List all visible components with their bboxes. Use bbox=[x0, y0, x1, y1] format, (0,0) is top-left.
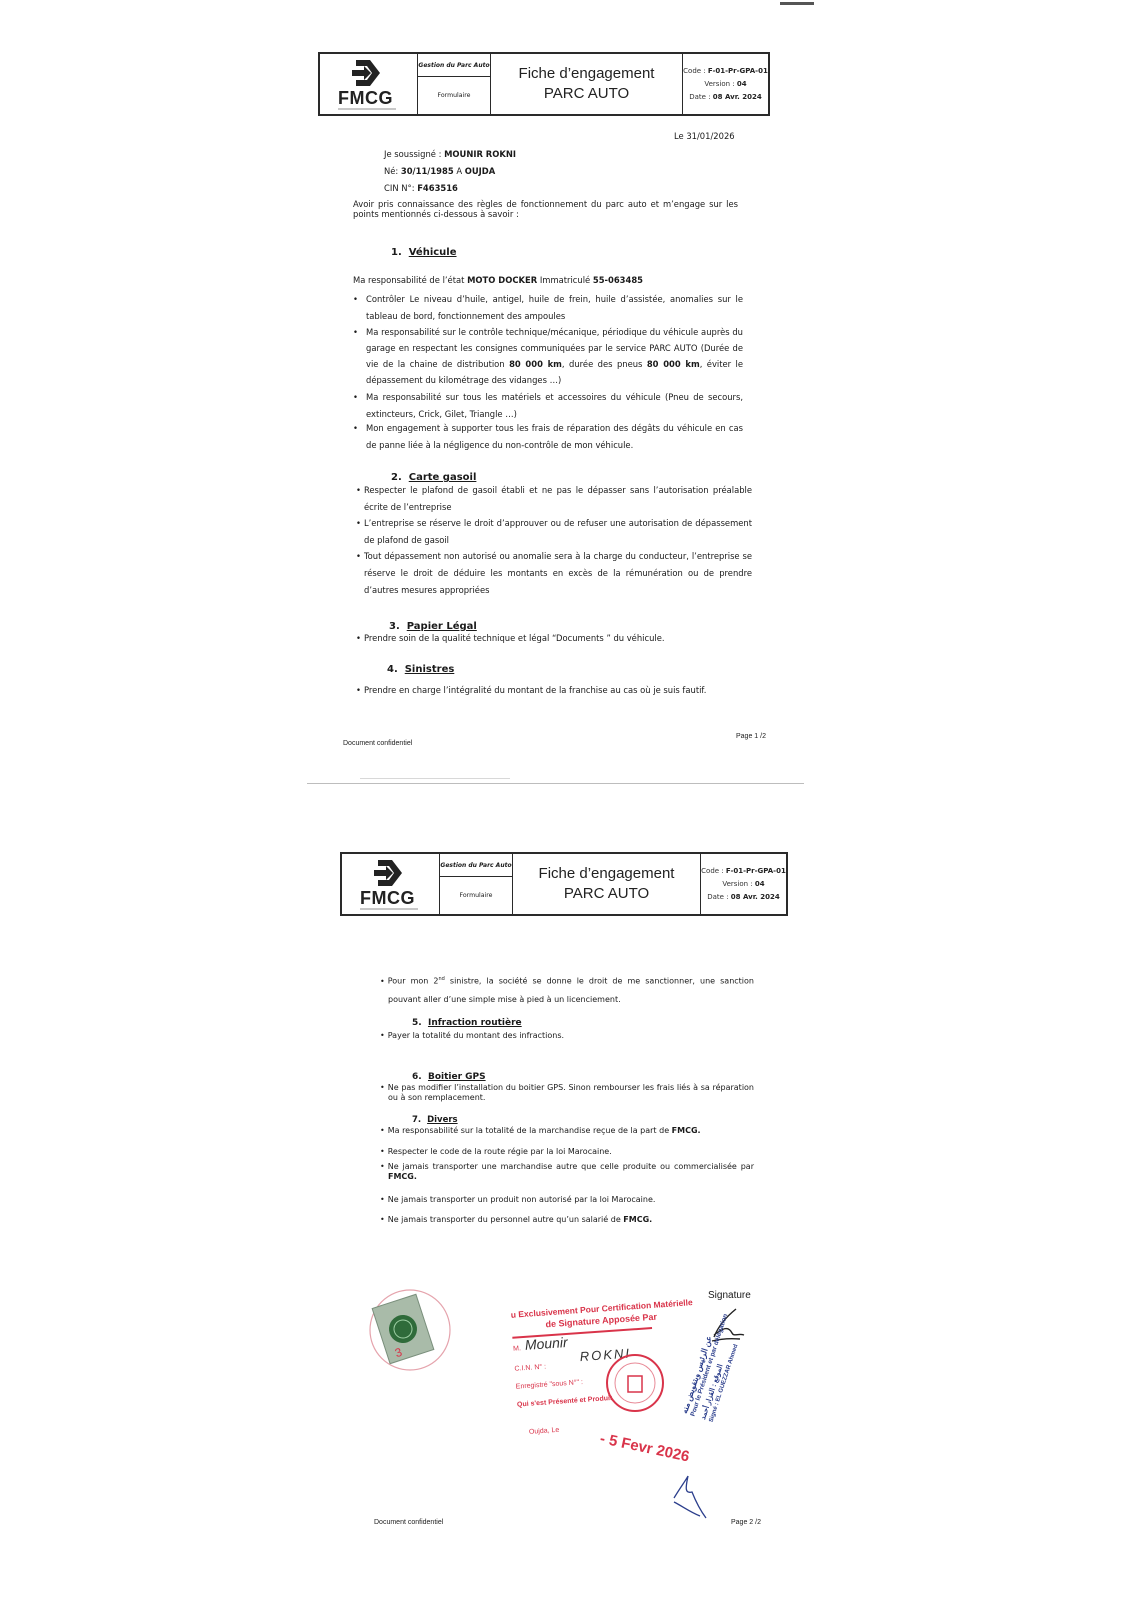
text: Mon engagement à supporter tous les frai… bbox=[366, 423, 743, 450]
text: Prendre soin de la qualité technique et … bbox=[364, 633, 665, 643]
brand-text: FMCG. bbox=[672, 1126, 701, 1135]
stamp-label: C.I.N. N° : bbox=[514, 1364, 546, 1373]
label: Je soussigné : bbox=[384, 149, 444, 159]
page-separator bbox=[307, 783, 804, 784]
version-label: Version : bbox=[704, 80, 737, 88]
bullet bbox=[380, 1215, 388, 1224]
bullet bbox=[356, 633, 364, 643]
department-label: Gestion du Parc Auto bbox=[418, 54, 490, 77]
section-4-heading: 4. Sinistres bbox=[387, 664, 454, 675]
label: A bbox=[454, 166, 465, 176]
scan-edge-top bbox=[780, 2, 814, 5]
section-5-heading: 5. Infraction routière bbox=[412, 1018, 522, 1028]
stamp-label: Enregistré "sous N°" : bbox=[516, 1379, 584, 1391]
fmcg-arrow-logo-icon bbox=[352, 60, 382, 86]
document-page-1: FMCG Gestion du Parc Auto Formulaire Fic… bbox=[318, 52, 774, 752]
birth-line: Né: 30/11/1985 A OUJDA bbox=[384, 165, 495, 177]
cin-number: F463516 bbox=[417, 183, 458, 193]
text: Contrôler Le niveau d’huile, antigel, hu… bbox=[366, 294, 743, 321]
list-item: L’entreprise se réserve le droit d’appro… bbox=[356, 515, 752, 549]
text: Ma responsabilité de l’état bbox=[353, 275, 467, 285]
text: , durée des pneus bbox=[562, 359, 647, 369]
bullet bbox=[380, 977, 388, 986]
bullet bbox=[356, 685, 364, 695]
section-3-heading: 3. Papier Légal bbox=[389, 621, 477, 632]
birth-city: OUJDA bbox=[465, 166, 495, 176]
label: CIN N°: bbox=[384, 183, 417, 193]
section-1-heading: 1. Véhicule bbox=[391, 247, 457, 258]
bullet bbox=[380, 1031, 388, 1040]
cin-line: CIN N°: F463516 bbox=[384, 182, 458, 194]
footer-page-number: Page 2 /2 bbox=[731, 1519, 761, 1526]
footer-page-number: Page 1 /2 bbox=[736, 733, 766, 740]
handwritten-firstname: Mounir bbox=[524, 1334, 568, 1353]
text: Ma responsabilité sur tous les matériels… bbox=[366, 392, 743, 419]
date-value: 08 Avr. 2024 bbox=[731, 893, 780, 901]
date-value: 08 Avr. 2024 bbox=[713, 93, 762, 101]
text: Pour mon 2 bbox=[388, 977, 439, 986]
label: Né: bbox=[384, 166, 401, 176]
stamp-label: Oujda, Le bbox=[529, 1427, 560, 1436]
text: Immatriculé bbox=[537, 275, 593, 285]
vehicle-model: MOTO DOCKER bbox=[467, 275, 537, 285]
section-title: Boitier GPS bbox=[428, 1072, 486, 1082]
section-title: Infraction routière bbox=[428, 1018, 522, 1028]
bullet bbox=[380, 1195, 388, 1204]
footer-confidential: Document confidentiel bbox=[374, 1519, 443, 1526]
version-label: Version : bbox=[722, 880, 755, 888]
list-item: •Ma responsabilité sur tous les matériel… bbox=[353, 389, 743, 423]
brand-name: FMCG bbox=[338, 88, 393, 109]
date-label: Date : bbox=[689, 93, 713, 101]
section-number: 1. bbox=[391, 247, 402, 258]
list-item: Ma responsabilité sur la totalité de la … bbox=[380, 1125, 701, 1137]
bullet bbox=[356, 551, 364, 561]
text: Ne jamais transporter une marchandise au… bbox=[388, 1162, 754, 1171]
brand-tagline bbox=[360, 908, 418, 910]
form-title: Fiche d’engagement PARC AUTO bbox=[491, 54, 683, 114]
list-item: Respecter le plafond de gasoil établi et… bbox=[356, 482, 752, 516]
list-item: Tout dépassement non autorisé ou anomali… bbox=[356, 548, 752, 599]
list-item: Payer la totalité du montant des infract… bbox=[380, 1030, 564, 1042]
form-meta: Code : F-01-Pr-GPA-01 Version : 04 Date … bbox=[701, 854, 786, 914]
employee-name: MOUNIR ROKNI bbox=[444, 149, 516, 159]
list-item: Prendre soin de la qualité technique et … bbox=[356, 632, 665, 644]
section-number: 7. bbox=[412, 1115, 421, 1125]
section-6-heading: 6. Boitier GPS bbox=[412, 1072, 486, 1082]
date-label: Date : bbox=[707, 893, 731, 901]
list-item: Ne jamais transporter une marchandise au… bbox=[380, 1162, 754, 1182]
text: Ne jamais transporter du personnel autre… bbox=[388, 1215, 624, 1224]
list-item: •Ma responsabilité sur le contrôle techn… bbox=[353, 324, 743, 388]
vehicle-plate: 55-063485 bbox=[593, 275, 643, 285]
text: Ne pas modifier l’installation du boitie… bbox=[388, 1083, 754, 1102]
text: Tout dépassement non autorisé ou anomali… bbox=[364, 551, 752, 595]
text: Prendre en charge l’intégralité du monta… bbox=[364, 685, 706, 695]
stamp-label: Qui s'est Présenté et Produit bbox=[517, 1395, 613, 1409]
section-title: Véhicule bbox=[409, 247, 457, 258]
title-line-2: PARC AUTO bbox=[564, 884, 649, 904]
vehicle-responsibility-line: Ma responsabilité de l’état MOTO DOCKER … bbox=[353, 274, 643, 286]
section-7-heading: 7. Divers bbox=[412, 1115, 458, 1125]
intro-paragraph: Avoir pris connaissance des règles de fo… bbox=[353, 199, 738, 219]
section-number: 6. bbox=[412, 1072, 422, 1082]
text: Respecter le plafond de gasoil établi et… bbox=[364, 485, 752, 512]
doc-type-label: Formulaire bbox=[440, 877, 512, 914]
company-logo: FMCG bbox=[342, 854, 440, 914]
delegation-stamp: عن الرئيس وبتفويض منه Pour le Président … bbox=[680, 1298, 831, 1449]
footer-confidential: Document confidentiel bbox=[343, 740, 412, 747]
list-item: Respecter le code de la route régie par … bbox=[380, 1146, 612, 1158]
bullet bbox=[356, 485, 364, 495]
text: Respecter le code de la route régie par … bbox=[388, 1147, 612, 1156]
list-item: •Mon engagement à supporter tous les fra… bbox=[353, 420, 743, 454]
version-value: 04 bbox=[755, 880, 765, 888]
section-number: 3. bbox=[389, 621, 400, 632]
bullet bbox=[380, 1126, 388, 1135]
list-item: Ne jamais transporter du personnel autre… bbox=[380, 1214, 652, 1226]
brand-name: FMCG bbox=[360, 888, 415, 909]
text: L’entreprise se réserve le droit d’appro… bbox=[364, 518, 752, 545]
form-header: FMCG Gestion du Parc Auto Formulaire Fic… bbox=[340, 852, 788, 916]
section-number: 4. bbox=[387, 664, 398, 675]
section-title: Papier Légal bbox=[407, 621, 477, 632]
municipal-seal-icon bbox=[604, 1352, 666, 1414]
code-label: Code : bbox=[701, 867, 726, 875]
department-label: Gestion du Parc Auto bbox=[440, 854, 512, 877]
list-item: Ne jamais transporter un produit non aut… bbox=[380, 1194, 655, 1206]
fiscal-stamp-icon: 3 bbox=[358, 1284, 453, 1379]
code-value: F-01-Pr-GPA-01 bbox=[708, 67, 768, 75]
stamp-label: M. bbox=[513, 1345, 521, 1353]
bullet bbox=[380, 1147, 388, 1156]
km-value: 80 000 km bbox=[647, 359, 700, 369]
section-title: Sinistres bbox=[405, 664, 455, 675]
document-page-2: FMCG Gestion du Parc Auto Formulaire Fic… bbox=[340, 852, 796, 1552]
list-item: Pour mon 2nd sinistre, la société se don… bbox=[380, 970, 754, 1009]
section-title: Divers bbox=[427, 1115, 458, 1125]
fmcg-arrow-logo-icon bbox=[374, 860, 404, 886]
bullet bbox=[380, 1162, 388, 1171]
km-value: 80 000 km bbox=[509, 359, 562, 369]
title-line-1: Fiche d’engagement bbox=[539, 864, 675, 884]
undersigned-line: Je soussigné : MOUNIR ROKNI bbox=[384, 148, 516, 160]
code-value: F-01-Pr-GPA-01 bbox=[726, 867, 786, 875]
birth-date: 30/11/1985 bbox=[401, 166, 454, 176]
document-date: Le 31/01/2026 bbox=[674, 130, 735, 142]
form-meta: Code : F-01-Pr-GPA-01 Version : 04 Date … bbox=[683, 54, 768, 114]
brand-text: FMCG. bbox=[388, 1172, 417, 1181]
version-value: 04 bbox=[737, 80, 747, 88]
doc-type-label: Formulaire bbox=[418, 77, 490, 114]
title-line-2: PARC AUTO bbox=[544, 84, 629, 104]
text: Ne jamais transporter un produit non aut… bbox=[388, 1195, 656, 1204]
form-header: FMCG Gestion du Parc Auto Formulaire Fic… bbox=[318, 52, 770, 116]
list-item: •Contrôler Le niveau d’huile, antigel, h… bbox=[353, 291, 743, 325]
signature-label: Signature bbox=[708, 1290, 751, 1302]
text: Ma responsabilité sur la totalité de la … bbox=[388, 1126, 672, 1135]
text: Payer la totalité du montant des infract… bbox=[388, 1031, 564, 1040]
form-title: Fiche d’engagement PARC AUTO bbox=[513, 854, 701, 914]
title-line-1: Fiche d’engagement bbox=[519, 64, 655, 84]
section-number: 5. bbox=[412, 1018, 422, 1028]
brand-tagline bbox=[338, 108, 396, 110]
page-separator bbox=[360, 778, 510, 779]
list-item: Prendre en charge l’intégralité du monta… bbox=[356, 684, 706, 696]
code-label: Code : bbox=[683, 67, 708, 75]
brand-text: FMCG. bbox=[623, 1215, 652, 1224]
company-logo: FMCG bbox=[320, 54, 418, 114]
bullet bbox=[356, 518, 364, 528]
bullet bbox=[380, 1083, 388, 1092]
list-item: Ne pas modifier l’installation du boitie… bbox=[380, 1083, 754, 1103]
official-signature-icon bbox=[670, 1472, 710, 1522]
